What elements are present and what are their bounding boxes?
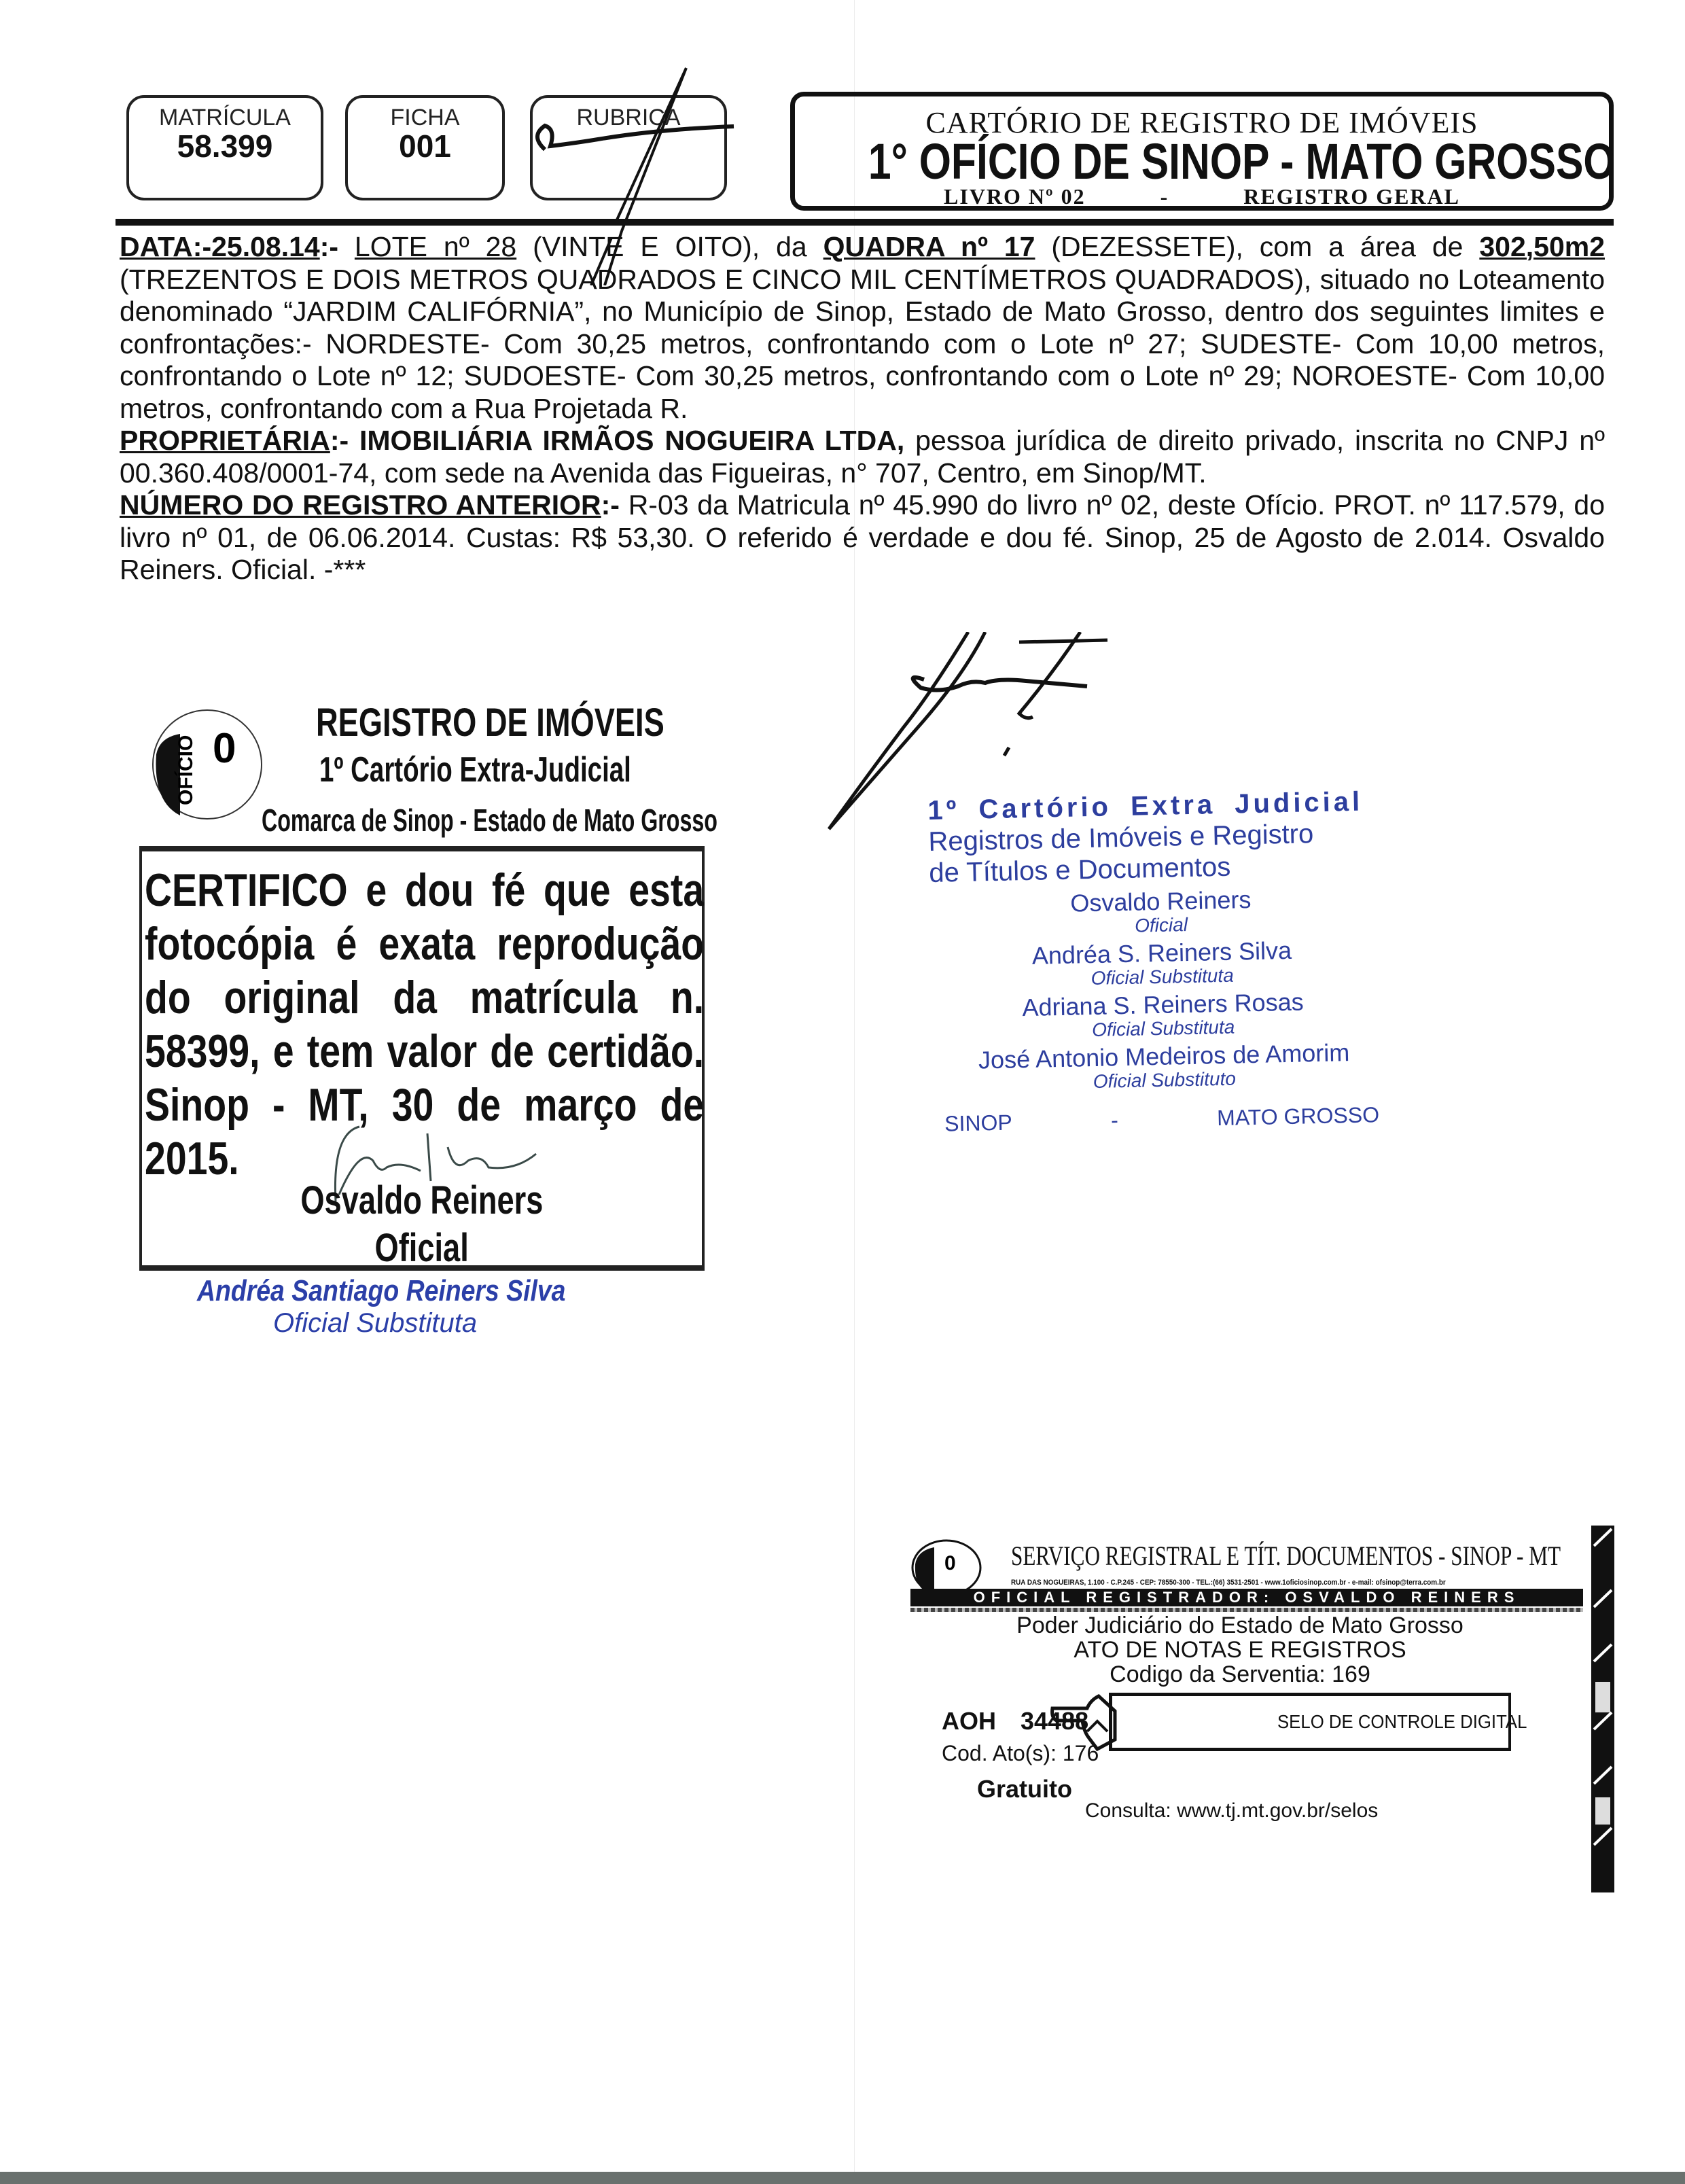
right-blue-stamp: 1º Cartório Extra Judicial Registros de … bbox=[927, 786, 1396, 1137]
ficha-value: 001 bbox=[348, 131, 502, 161]
seal-title: SERVIÇO REGISTRAL E TÍT. DOCUMENTOS - SI… bbox=[1011, 1540, 1561, 1572]
seal-code-prefix: AOH bbox=[942, 1707, 996, 1735]
owner-name: IMOBILIÁRIA IRMÃOS NOGUEIRA LTDA, bbox=[359, 425, 904, 456]
office-title: 1° OFÍCIO DE SINOP - MATO GROSSO bbox=[868, 139, 1536, 185]
property-description: (TREZENTOS E DOIS METROS QUADRADOS E CIN… bbox=[120, 264, 1605, 424]
seal-gratuito: Gratuito bbox=[977, 1775, 1072, 1803]
separator: :- bbox=[320, 231, 355, 262]
matricula-box: MATRÍCULA 58.399 bbox=[126, 95, 323, 200]
certificate-role: Oficial bbox=[142, 1225, 702, 1271]
record-paragraph-previous: NÚMERO DO REGISTRO ANTERIOR:- R-03 da Ma… bbox=[120, 489, 1605, 586]
record-paragraph-property: DATA:-25.08.14:- LOTE nº 28 (VINTE E OIT… bbox=[120, 231, 1605, 425]
seal-line2: ATO DE NOTAS E REGISTROS bbox=[938, 1638, 1542, 1662]
substitute-role: Oficial Substituta bbox=[273, 1308, 477, 1339]
ficha-label: FICHA bbox=[348, 105, 502, 131]
seal-address: RUA DAS NOGUEIRAS, 1.100 - C.P.245 - CEP… bbox=[1011, 1579, 1446, 1587]
record-paragraph-owner: PROPRIETÁRIA:- IMOBILIÁRIA IRMÃOS NOGUEI… bbox=[120, 425, 1605, 489]
right-stamp-footer: SINOP - MATO GROSSO bbox=[934, 1102, 1380, 1137]
office-header: CARTÓRIO DE REGISTRO DE IMÓVEIS 1° OFÍCI… bbox=[790, 92, 1614, 211]
official-entry: José Antonio Medeiros de Amorim Oficial … bbox=[933, 1038, 1396, 1095]
seal-text: Poder Judiciário do Estado de Mato Gross… bbox=[938, 1613, 1542, 1687]
svg-text:OFÍCIO: OFÍCIO bbox=[174, 735, 197, 805]
scan-bottom-edge bbox=[0, 2172, 1685, 2184]
record-body: DATA:-25.08.14:- LOTE nº 28 (VINTE E OIT… bbox=[120, 231, 1605, 586]
official-entry: Andréa S. Reiners Silva Oficial Substitu… bbox=[931, 935, 1394, 992]
security-strip-icon bbox=[1591, 1526, 1614, 1892]
pointing-hand-icon bbox=[1050, 1691, 1118, 1752]
svg-text:0: 0 bbox=[944, 1552, 956, 1574]
substitute-name: Andréa Santiago Reiners Silva bbox=[197, 1274, 565, 1308]
owner-label: PROPRIETÁRIA bbox=[120, 425, 330, 456]
lote-words: (VINTE E OITO), da bbox=[516, 231, 823, 262]
certificate-box: CERTIFICO e dou fé que esta fotocópia é … bbox=[139, 846, 705, 1271]
digital-seal-label: SELO DE CONTROLE DIGITAL bbox=[1277, 1711, 1527, 1733]
area-value: 302,50m2 bbox=[1479, 231, 1605, 262]
seal-underline bbox=[910, 1608, 1583, 1612]
header-rule bbox=[116, 219, 1614, 226]
left-stamp-subtitle: 1º Cartório Extra-Judicial bbox=[319, 750, 631, 790]
quadra-words: (DEZESSETE), com a área de bbox=[1035, 231, 1479, 262]
lote-number: LOTE nº 28 bbox=[355, 231, 516, 262]
record-date: DATA:-25.08.14 bbox=[120, 231, 320, 262]
seal-line3: Codigo da Serventia: 169 bbox=[938, 1662, 1542, 1687]
stamp-city: SINOP bbox=[944, 1110, 1012, 1136]
seal-consulta: Consulta: www.tj.mt.gov.br/selos bbox=[1085, 1799, 1378, 1822]
left-stamp-title: REGISTRO DE IMÓVEIS bbox=[316, 700, 664, 745]
ficha-box: FICHA 001 bbox=[345, 95, 505, 200]
matricula-value: 58.399 bbox=[129, 131, 321, 161]
seal-line1: Poder Judiciário do Estado de Mato Gross… bbox=[938, 1613, 1542, 1638]
signer-name: Osvaldo Reiners bbox=[300, 1178, 543, 1223]
separator: :- bbox=[330, 425, 359, 456]
matricula-label: MATRÍCULA bbox=[129, 105, 321, 131]
stamp-state: MATO GROSSO bbox=[1217, 1102, 1380, 1131]
official-entry: Adriana S. Reiners Rosas Oficial Substit… bbox=[932, 987, 1394, 1044]
separator: - bbox=[1111, 1108, 1118, 1133]
quadra-number: QUADRA nº 17 bbox=[823, 231, 1035, 262]
previous-record-label: NÚMERO DO REGISTRO ANTERIOR bbox=[120, 489, 601, 521]
svg-text:0: 0 bbox=[213, 725, 236, 772]
official-entry: Osvaldo Reiners Oficial bbox=[929, 883, 1392, 940]
left-stamp-comarca: Comarca de Sinop - Estado de Mato Grosso bbox=[262, 802, 717, 839]
seal-registrar-bar: OFICIAL REGISTRADOR: OSVALDO REINERS bbox=[910, 1589, 1583, 1606]
separator: :- bbox=[601, 489, 628, 521]
certificate-signer: Osvaldo Reiners bbox=[142, 1178, 702, 1223]
signer-role: Oficial bbox=[375, 1225, 469, 1271]
oficio-logo-icon: OFÍCIO 0 bbox=[139, 707, 268, 822]
